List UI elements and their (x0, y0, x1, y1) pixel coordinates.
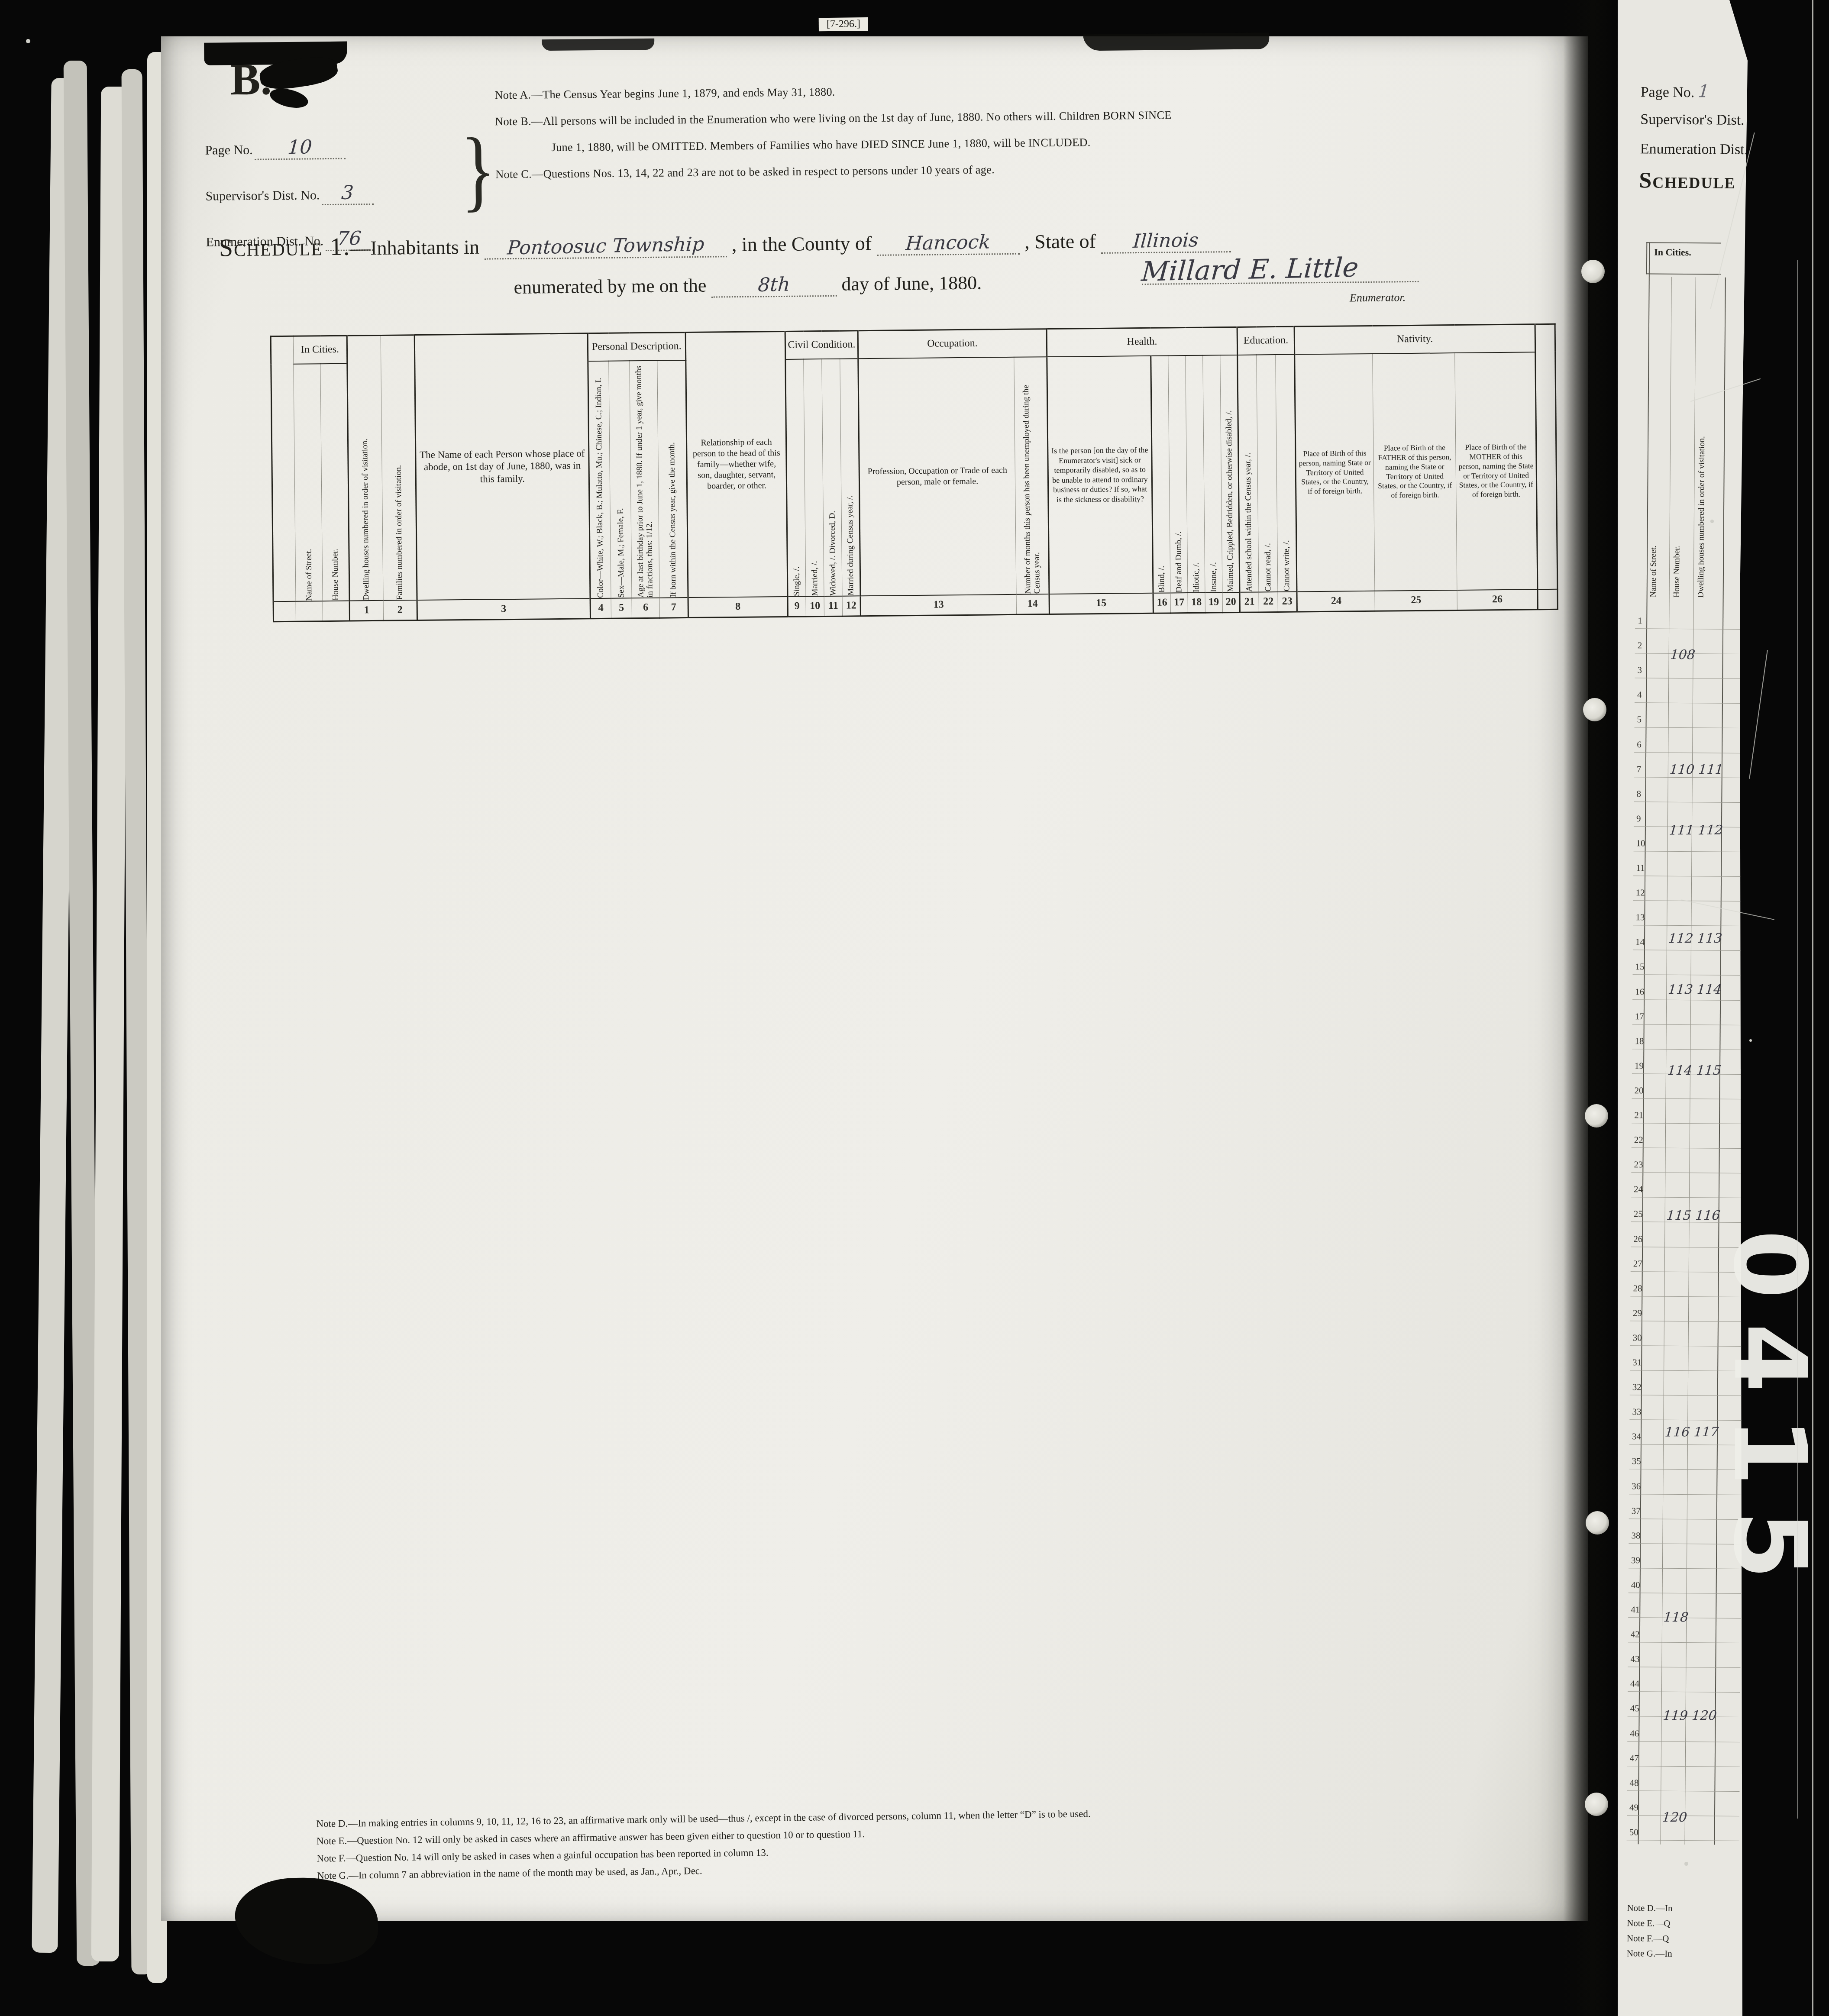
rp-note: Note F.—Q (1627, 1933, 1672, 1944)
note-b-cont: June 1, 1880, will be OMITTED. Members o… (551, 131, 1534, 154)
column-number-blank (296, 601, 323, 621)
ink-smudge (542, 39, 654, 51)
speck (1710, 520, 1714, 523)
col-head-sex: Sex—Male, M.; Female, F. (609, 361, 632, 598)
rp-dwelling-number: 115 116 (1666, 1208, 1721, 1223)
scratch (1812, 0, 1813, 2016)
rp-row-line (1632, 1147, 1744, 1149)
rp-row-number: 6 (1637, 739, 1642, 750)
rp-row-number: 42 (1631, 1629, 1640, 1640)
column-number: 26 (1457, 589, 1538, 610)
rp-dwelling-number: 120 (1661, 1810, 1687, 1825)
col-head-families: Families numbered in order of visitation… (381, 335, 417, 601)
rp-row-number: 32 (1632, 1382, 1642, 1392)
col-head-profession: Profession, Occupation or Trade of each … (858, 357, 1016, 595)
corner-cell (271, 336, 296, 601)
rp-notes: Note D.—InNote E.—QNote F.—QNote G.—In (1627, 1903, 1673, 1964)
col-head-deaf: Deaf and Dumb, /. (1168, 355, 1188, 593)
col-head-relationship: Relationship of each person to the head … (685, 331, 788, 597)
rp-row-line (1635, 727, 1747, 729)
rp-row-number: 41 (1631, 1604, 1640, 1615)
rp-row-number: 48 (1629, 1777, 1638, 1788)
col-head-married: Married, /. (804, 359, 824, 596)
rp-row-number: 3 (1637, 665, 1642, 675)
rp-row-number: 22 (1634, 1134, 1643, 1145)
rp-row-number: 37 (1632, 1506, 1641, 1516)
page-no-value: 10 (287, 136, 313, 158)
archival-stamp: 0415 (1711, 1230, 1827, 1810)
col-head-color: Color—White, W.; Black, B.; Mulatto, Mu.… (588, 361, 611, 598)
column-number: 11 (824, 596, 842, 616)
speck (1684, 1862, 1688, 1866)
rp-dwelling-number: 114 115 (1667, 1063, 1722, 1078)
rp-row-number: 9 (1636, 813, 1641, 824)
column-number: 1 (349, 600, 383, 620)
rp-note: Note E.—Q (1627, 1918, 1672, 1929)
column-number: 12 (842, 596, 860, 616)
rp-row-number: 39 (1631, 1555, 1640, 1566)
rp-row-number: 46 (1630, 1728, 1639, 1739)
rp-row-number: 1 (1638, 615, 1642, 626)
speck (1749, 1039, 1752, 1042)
rp-row-number: 34 (1632, 1431, 1641, 1442)
enumerated-pre: enumerated by me on the (514, 275, 706, 298)
rp-supervisor-label: Supervisor's Dist. (1640, 111, 1745, 129)
rp-row-number: 28 (1633, 1283, 1642, 1294)
col-head-cannot-read: Cannot read, /. (1257, 355, 1278, 592)
col-head-house: House Number. (320, 363, 349, 601)
rp-row-line (1633, 950, 1745, 951)
rp-row-number: 8 (1636, 788, 1641, 799)
speck (26, 39, 30, 43)
rp-row-number: 43 (1630, 1654, 1639, 1664)
column-number: 19 (1205, 592, 1222, 613)
rp-row-line (1632, 1049, 1745, 1050)
col-head-maimed: Maimed, Crippled, Bedridden, or otherwis… (1220, 355, 1240, 592)
col-head-widowed: Widowed, /. Divorced, D. (822, 359, 842, 596)
rp-page-no-value: 1 (1697, 81, 1710, 101)
rp-row-line (1627, 1840, 1739, 1841)
note-d: Note D.—In making entries in columns 9, … (316, 1808, 1090, 1829)
enumerator-label: Enumerator. (1350, 291, 1406, 304)
column-number-blank (273, 601, 296, 621)
county-label: , in the County of (732, 232, 872, 255)
column-number: 16 (1153, 593, 1170, 613)
col-head-blind: Blind, /. (1151, 355, 1170, 593)
rp-row-line (1632, 1024, 1745, 1025)
note-c: Note C.—Questions Nos. 13, 14, 22 and 23… (495, 158, 1535, 181)
column-number: 15 (1049, 593, 1153, 614)
rp-row-number: 12 (1636, 887, 1645, 898)
enumerated-post: day of June, 1880. (841, 272, 982, 295)
day-value: 8th (757, 273, 791, 296)
col-head-sickness: Is the person [on the day of the Enumera… (1047, 355, 1153, 594)
col-head-cannot-write: Cannot write, /. (1276, 354, 1297, 591)
column-number: 3 (417, 598, 590, 620)
col-head-street: Name of Street. (294, 364, 323, 601)
rp-row-number: 4 (1637, 690, 1642, 701)
column-number: 2 (383, 600, 417, 620)
binding-hole (1585, 1793, 1608, 1816)
col-head-married-cy: Married during Census year, /. (840, 359, 860, 596)
rp-row-number: 2 (1638, 640, 1642, 651)
group-occupation: Occupation. (858, 329, 1047, 359)
binding-hole (1583, 698, 1606, 721)
col-head-school: Attended school within the Census year, … (1238, 355, 1259, 592)
rp-row-number: 40 (1631, 1580, 1640, 1590)
rp-row-number: 25 (1634, 1209, 1643, 1220)
rp-row-number: 13 (1635, 912, 1645, 923)
rp-row-number: 18 (1635, 1036, 1644, 1047)
rp-row-number: 5 (1637, 714, 1642, 725)
rp-row-number: 19 (1635, 1060, 1644, 1071)
header-brace: } (460, 118, 496, 223)
rp-dwelling-number: 111 112 (1668, 823, 1723, 838)
ink-smudge (1083, 32, 1269, 51)
page-no-label: Page No. (205, 143, 252, 158)
column-number: 6 (632, 598, 659, 618)
group-in-cities: In Cities. (293, 336, 347, 364)
column-number: 13 (860, 594, 1016, 616)
rp-row-number: 16 (1635, 986, 1644, 997)
rp-row-line (1633, 975, 1745, 976)
form-number: [7-296.] (827, 18, 860, 30)
note-a: Note A.—The Census Year begins June 1, 1… (494, 78, 1534, 102)
census-table: In Cities. Dwelling houses numbered in o… (270, 323, 1558, 622)
note-b: Note B.—All persons will be included in … (495, 105, 1534, 128)
column-number: 4 (590, 598, 611, 618)
rp-row-number: 11 (1636, 863, 1645, 873)
column-number: 10 (806, 596, 824, 617)
rp-row-number: 38 (1631, 1530, 1640, 1541)
county-value: Hancock (905, 231, 991, 255)
enumerator-signature: Millard E. Little (1141, 252, 1360, 288)
group-personal: Personal Description. (588, 333, 686, 361)
rp-page-no-label: Page No. 1 (1641, 81, 1709, 101)
column-number-blank (1538, 589, 1558, 609)
supervisor-label: Supervisor's Dist. No. (205, 188, 320, 204)
state-value: Illinois (1132, 229, 1199, 252)
group-education: Education. (1237, 326, 1295, 355)
column-number: 8 (688, 596, 788, 617)
column-number: 22 (1259, 592, 1278, 612)
rp-row-line (1632, 1098, 1745, 1099)
column-number: 14 (1016, 594, 1049, 614)
rp-row-number: 30 (1633, 1332, 1642, 1343)
rp-row-number: 31 (1632, 1357, 1642, 1368)
rp-row-line (1635, 678, 1747, 679)
note-g: Note G.—In column 7 an abbreviation in t… (317, 1860, 1091, 1881)
column-number: 21 (1240, 592, 1259, 612)
rp-row-number: 35 (1632, 1456, 1641, 1467)
column-number: 5 (611, 598, 632, 618)
rp-col-house: House Number. (1673, 424, 1683, 598)
column-number: 24 (1297, 591, 1375, 611)
column-number: 9 (788, 596, 806, 617)
ink-smudge (268, 85, 310, 111)
col-head-month: If born within the Census year, give the… (657, 360, 688, 598)
col-head-pob: Place of Birth of this person, naming St… (1295, 353, 1375, 591)
rp-row-line (1632, 1123, 1744, 1124)
rp-row-line (1632, 999, 1745, 1001)
rp-row-number: 36 (1632, 1481, 1641, 1492)
rp-rule-v (1661, 277, 1672, 1845)
col-head-single: Single, /. (785, 359, 806, 596)
rp-in-cities-box: In Cities. (1646, 242, 1721, 275)
note-f: Note F.—Question No. 14 will only be ask… (317, 1843, 1091, 1864)
rp-row-line (1634, 752, 1747, 753)
rp-enumeration-label: Enumeration Dist. (1640, 141, 1748, 158)
rp-dwelling-number: 118 (1663, 1610, 1689, 1625)
book-gutter (1563, 0, 1619, 2016)
binding-hole (1585, 1104, 1608, 1128)
col-head-pob-mother: Place of Birth of the MOTHER of this per… (1455, 352, 1538, 590)
col-head-pob-father: Place of Birth of the FATHER of this per… (1373, 353, 1457, 591)
rp-row-number: 47 (1630, 1753, 1639, 1764)
rp-row-number: 21 (1634, 1110, 1643, 1121)
note-e: Note E.—Question No. 12 will only be ask… (317, 1825, 1091, 1847)
rp-row-number: 24 (1634, 1184, 1643, 1195)
column-number: 7 (659, 598, 688, 618)
rp-row-number: 26 (1633, 1234, 1642, 1244)
rp-row-number: 27 (1633, 1258, 1642, 1269)
rp-row-number: 23 (1634, 1159, 1643, 1170)
rp-row-line (1633, 876, 1746, 877)
rp-row-line (1631, 1197, 1744, 1198)
col-head-idiotic: Idiotic, /. (1186, 355, 1205, 592)
col-head-name: The Name of each Person whose place of a… (414, 333, 590, 600)
binding-hole (1586, 1511, 1609, 1535)
rp-dwelling-number: 108 (1670, 647, 1696, 662)
rp-row-number: 49 (1629, 1802, 1638, 1813)
rp-dwelling-number: 119 120 (1662, 1708, 1717, 1723)
group-health: Health. (1047, 327, 1238, 356)
schedule-title: Schedule 1. (219, 233, 350, 262)
rp-row-number: 20 (1635, 1085, 1644, 1096)
rp-row-line (1634, 851, 1746, 852)
column-number: 20 (1222, 592, 1240, 612)
column-number-blank (323, 601, 349, 621)
rp-row-line (1635, 628, 1748, 630)
state-label: , State of (1024, 230, 1096, 253)
rp-row-number: 10 (1636, 838, 1645, 849)
rp-row-line (1635, 703, 1747, 704)
rp-row-line (1631, 1172, 1744, 1173)
col-head-dwelling: Dwelling houses numbered in order of vis… (347, 335, 383, 601)
column-number: 25 (1375, 590, 1457, 611)
rp-col-street: Name of Street. (1649, 424, 1660, 597)
rp-row-number: 17 (1635, 1011, 1644, 1022)
form-letter: B. (230, 53, 272, 105)
rp-col-dwelling: Dwelling houses numbered in order of vis… (1697, 286, 1708, 598)
rp-row-number: 45 (1630, 1703, 1639, 1714)
rp-dwelling-number: 113 114 (1667, 982, 1722, 997)
rp-row-number: 29 (1633, 1308, 1642, 1318)
supervisor-value: 3 (341, 181, 354, 204)
column-number: 23 (1278, 591, 1297, 612)
rp-schedule-label: Schedule (1639, 168, 1735, 194)
right-margin-head (1535, 324, 1558, 589)
schedule-place: Pontoosuc Township (506, 233, 704, 259)
rp-row-line (1634, 801, 1746, 803)
column-number: 18 (1188, 592, 1205, 613)
rp-note: Note D.—In (1627, 1903, 1672, 1914)
schedule-lead: —Inhabitants in (350, 236, 479, 259)
group-nativity: Nativity. (1294, 324, 1535, 354)
rp-dwelling-number: 112 113 (1668, 931, 1723, 946)
rp-row-number: 33 (1632, 1406, 1641, 1417)
group-civil: Civil Condition. (785, 331, 858, 359)
rp-row-line (1633, 925, 1745, 926)
binding-hole (1581, 260, 1605, 283)
rp-row-number: 50 (1629, 1827, 1638, 1838)
rp-dwelling-number: 110 111 (1669, 762, 1724, 777)
column-number: 17 (1170, 593, 1188, 613)
rp-row-number: 7 (1637, 764, 1642, 775)
rp-row-number: 14 (1635, 937, 1645, 948)
scratch (1797, 260, 1798, 1819)
rp-row-number: 15 (1635, 962, 1645, 972)
col-head-insane: Insane, /. (1203, 355, 1222, 592)
census-page: [7-296.] B. Page No. 10 Supervisor's Dis… (161, 36, 1588, 1921)
rp-note: Note G.—In (1627, 1948, 1672, 1959)
rp-row-number: 44 (1630, 1678, 1639, 1689)
col-head-unemployed: Number of months this person has been un… (1014, 357, 1049, 594)
col-head-age: Age at last birthday prior to June 1, 18… (630, 360, 659, 598)
